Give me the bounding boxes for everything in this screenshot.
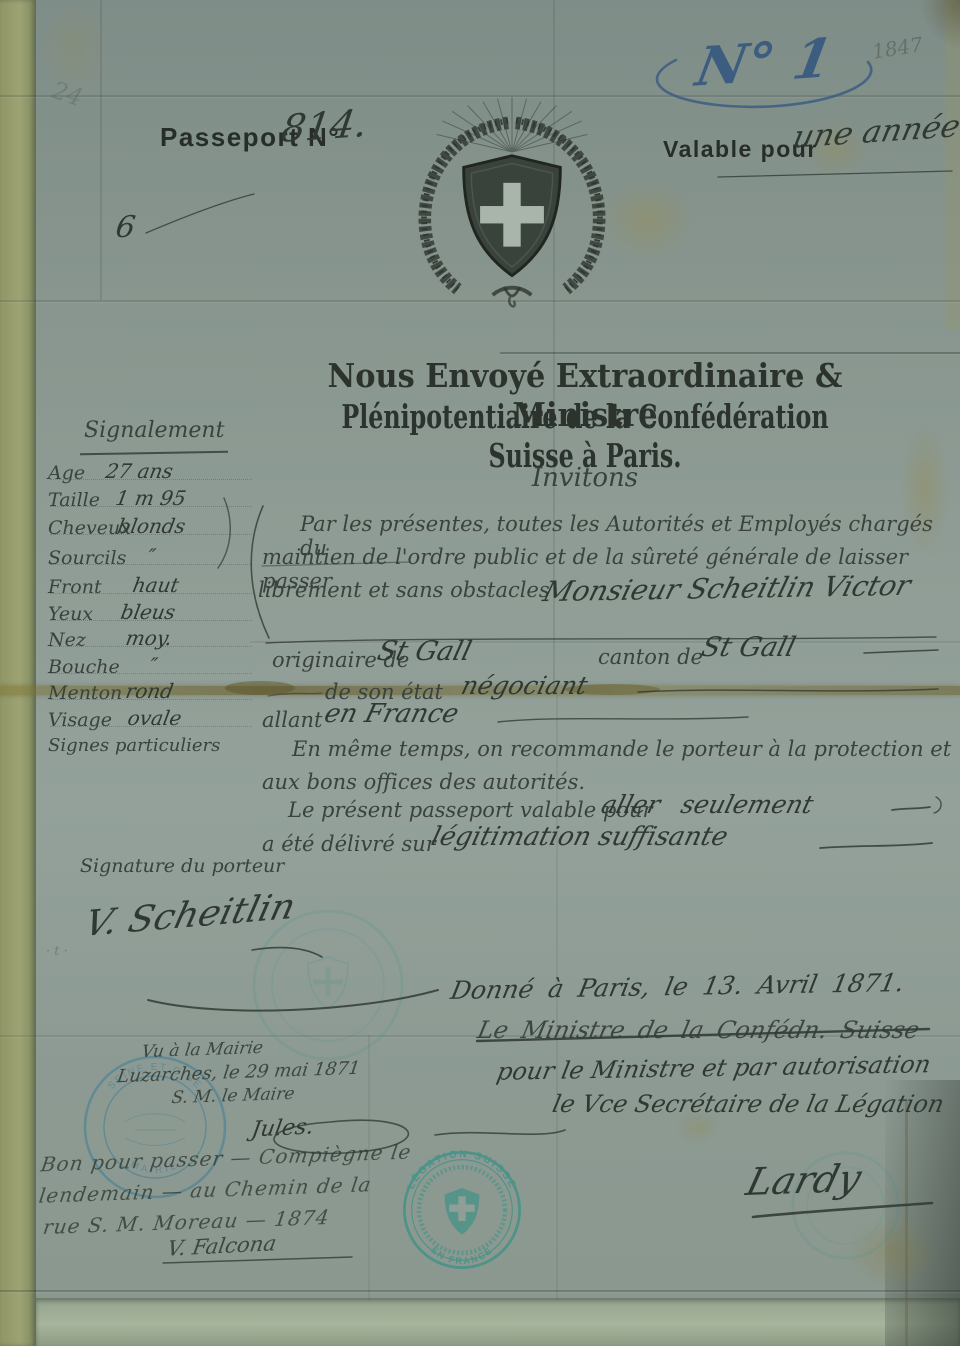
signalement-row: Front haut [48,576,266,600]
minister-signature: Lardy [742,1156,866,1204]
signalement-row: Age 27 ans [48,462,266,486]
field-value: 27 ans [104,459,175,483]
margin-stroke [146,194,254,233]
allant-value: en France [321,699,462,729]
allant-rule [498,717,748,722]
donne-line: Donné à Paris, le 13. Avril 1871. [448,968,906,1005]
mount-edge-left [0,0,36,1346]
pencil-note: 1847 [870,32,924,64]
field-value: blonds [116,514,187,538]
signalement-row: Visage ovale [48,709,266,733]
legation-stamp: LÉGATION SUISSE EN FRANCE [398,1146,526,1274]
allant-label: allant [262,708,322,732]
paper-corner-top-right [920,0,960,50]
pencil-mark: · t · [46,944,68,959]
signalement-row: Yeux bleus [48,603,266,627]
field-label: Visage [48,709,112,731]
faint-legation-stamp [248,905,408,1065]
pour-line-1: pour le Ministre et par autorisation [495,1050,934,1086]
field-value: 1 m 95 [114,486,188,510]
field-value: moy. [124,626,174,650]
signalement-row: Nez moy. [48,629,266,653]
emblem-rays [437,97,588,152]
field-label: Age [48,462,85,484]
crease [500,352,960,354]
holder-name: Monsieur Scheitlin Victor [540,569,915,608]
field-label: Taille [48,489,100,511]
registry-number: N° 1 [691,25,837,98]
note-line-3: rue S. M. Moreau — 1874 [42,1205,332,1239]
mairie-line-3: S. M. le Maire [170,1084,296,1108]
passport-number-value: 814. [278,101,370,151]
mairie-signature: Jules. [250,1114,316,1142]
signalement-row: Signes particuliers [48,735,266,759]
field-label: Bouche [48,656,120,678]
signalement-row: Taille 1 m 95 [48,489,266,513]
field-value: ovale [126,706,184,730]
crossed-line: Le Ministre de la Confédn. Suisse [475,1016,922,1044]
field-value: haut [131,573,181,597]
signalement-underline [80,451,228,456]
signalement-row: Bouche ″ [48,656,266,680]
etat-value: négociant [458,671,590,700]
originaire-dash [864,650,938,653]
field-label: Signes particuliers [48,735,220,756]
delivre-value: légitimation suffisante [428,822,731,852]
crease [368,1035,370,1300]
invitons: Invitons [235,463,935,493]
originaire-value: St Gall [374,636,475,667]
margin-number: 6 [114,210,138,245]
mount-edge-bottom [36,1298,960,1346]
signalement-row: Cheveux blonds [48,517,266,541]
field-label: Nez [48,629,86,651]
canton-value: St Gall [698,632,799,663]
delivre-rule [820,843,932,848]
svg-text:LÉGATION SUISSE: LÉGATION SUISSE [406,1149,519,1191]
field-value: rond [124,679,176,703]
field-label: Front [48,576,102,598]
field-label: Yeux [48,603,93,625]
valable-pour-dash [892,807,930,810]
stain [40,0,110,95]
delivre-label: a été délivré sur [262,832,436,856]
crease [250,641,960,643]
swiss-coat-of-arms [396,94,628,320]
valable-pour-curl [934,797,941,813]
canton-label: canton de [598,645,703,669]
recommend-line-2: aux bons offices des autorités. [262,770,585,794]
recommend-line-1: En même temps, on recommande le porteur … [292,737,951,761]
signalement-heading: Signalement [84,418,224,443]
body-line-3: librement et sans obstacles [258,578,550,602]
signature-label: Signature du porteur [80,855,284,877]
invitons-text: Invitons [532,463,638,493]
field-value: bleus [119,600,177,624]
legation-stamp-text-top: LÉGATION SUISSE [406,1149,519,1191]
signalement-row: Sourcils ″ [48,547,266,571]
passport-document: SEINE ET OISE MAIRIE LÉGATION SUISSE EN … [0,0,960,1346]
valable-pour-value: aller seulement [598,790,816,819]
field-label: Menton [48,682,122,704]
note-signature: V. Falcona [166,1231,279,1261]
field-label: Sourcils [48,547,126,569]
signalement-row: Menton rond [48,682,266,706]
crease [0,1290,960,1292]
mairie-line-1: Vu à la Mairie [140,1038,264,1062]
pour-line-2: le Vce Secrétaire de la Légation [550,1090,947,1118]
valable-value: une année [790,108,960,155]
